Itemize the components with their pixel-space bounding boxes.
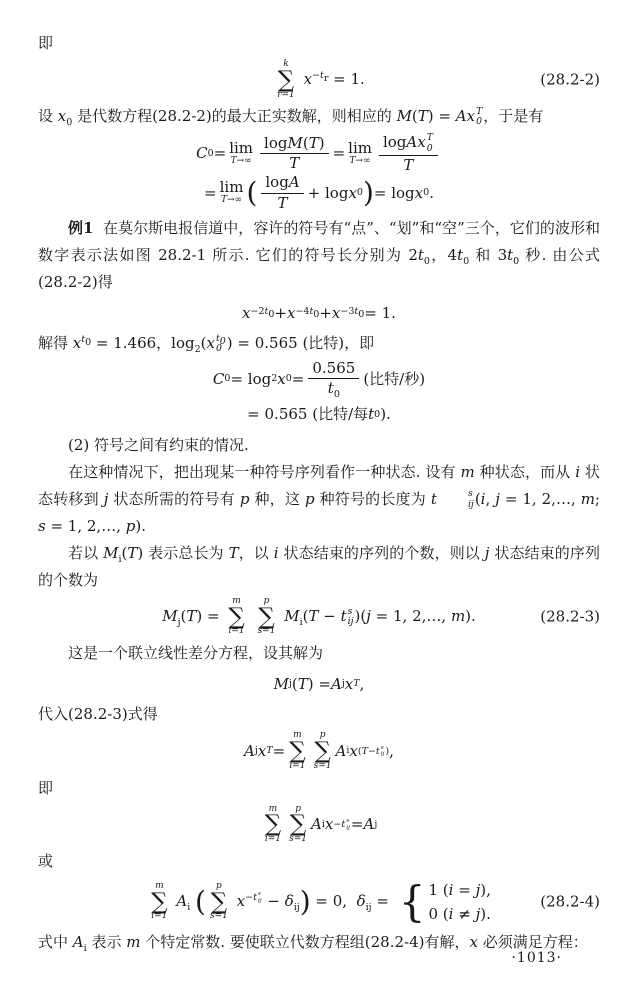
para-substitute: 代入(28.2-3)式得 xyxy=(38,701,600,728)
equation-28-2-3: Mj(T) = m∑i=1 p∑s=1 Mi(T − tsij)(j = 1, … xyxy=(38,597,600,637)
equation-mj-solution: Mj(T) = AjxT, xyxy=(38,670,600,698)
equation-body: Mj(T) = m∑i=1 p∑s=1 Mi(T − tsij)(j = 1, … xyxy=(162,597,476,637)
para-example-1: 例1 在莫尔斯电报信道中，容许的符号有“点”、“划”和“空”三个，它们的波形和数… xyxy=(38,215,600,296)
equation-body: m∑i=1 Ai (p∑s=1 x−tsij − δij) = 0, δij =… xyxy=(147,878,491,926)
equation-c0-value-line2: = 0.565 (比特/每 t0). xyxy=(38,401,600,429)
connector-ji-2: 即 xyxy=(38,775,600,802)
page-number: ·1013· xyxy=(511,950,562,966)
para-mi-definition: 若以 Mi(T) 表示总长为 T，以 i 状态结束的序列的个数，则以 j 状态结… xyxy=(38,540,600,594)
heading-case-2: (2) 符号之间有约束的情况. xyxy=(38,432,600,459)
equation-c0-value: C0 = log2x0 = 0.565t0 (比特/秒) xyxy=(38,360,600,398)
equation-ajxt: AjxT = m∑i=1 p∑s=1 Aix(T−tsij), xyxy=(38,731,600,771)
textbook-page: 即 k∑r=1 x−tr = 1. (28.2-2) 设 x0 是代数方程(28… xyxy=(0,0,640,988)
para-difference-equation: 这是一个联立线性差分方程，设其解为 xyxy=(38,640,600,667)
equation-28-2-4: m∑i=1 Ai (p∑s=1 x−tsij − δij) = 0, δij =… xyxy=(38,878,600,926)
equation-number: (28.2-3) xyxy=(540,608,600,627)
para-setup-x0: 设 x0 是代数方程(28.2-2)的最大正实数解，则相应的 M(T) = Ax… xyxy=(38,103,600,130)
equation-body: k∑r=1 x−tr = 1. xyxy=(273,60,365,100)
connector-ji: 即 xyxy=(38,30,600,57)
equation-morse-characteristic: x−2t0 + x−4t0 + x−3t0 = 1. xyxy=(38,299,600,327)
para-states-intro: 在这种情况下，把出现某一种符号序列看作一种状态. 设有 m 种状态，而从 i 状… xyxy=(38,459,600,540)
equation-sum-ai: m∑i=1 p∑s=1 Aix−tsij = Aj xyxy=(38,805,600,845)
equation-number: (28.2-2) xyxy=(540,71,600,90)
equation-c0-limit: C0 = limT→∞ logM(T)T = limT→∞ logAxT0T= … xyxy=(38,133,600,212)
equation-28-2-2: k∑r=1 x−tr = 1. (28.2-2) xyxy=(38,60,600,100)
equation-number: (28.2-4) xyxy=(540,893,600,912)
connector-huo: 或 xyxy=(38,848,600,875)
para-solution: 解得 xt0 = 1.466，log2(xt00) = 0.565 (比特)，即 xyxy=(38,330,600,357)
